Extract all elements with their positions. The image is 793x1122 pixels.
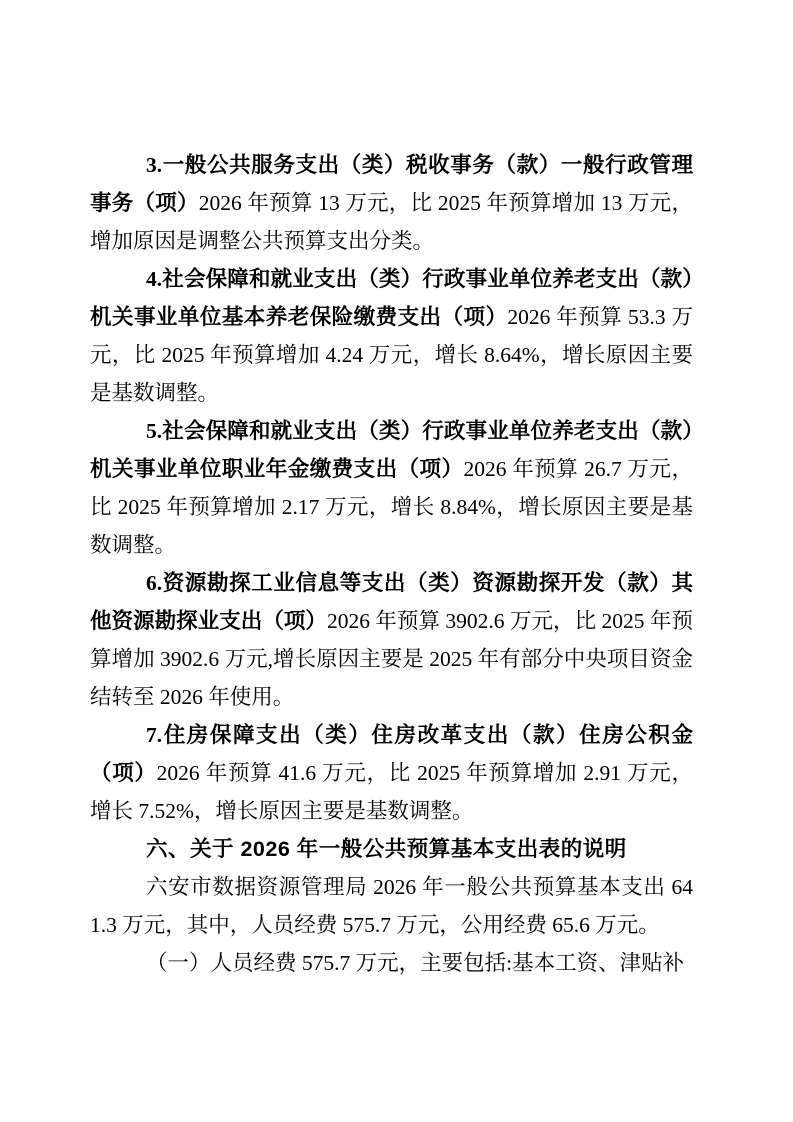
budget-item-6-resource-exploration: 6.资源勘探工业信息等支出（类）资源勘探开发（款）其他资源勘探业支出（项）202… xyxy=(90,564,693,716)
personnel-expense-paragraph: （一）人员经费 575.7 万元，主要包括:基本工资、津贴补 xyxy=(90,944,693,982)
budget-item-3-general-public-services: 3.一般公共服务支出（类）税收事务（款）一般行政管理事务（项）2026 年预算 … xyxy=(90,146,693,260)
budget-item-7-housing-fund: 7.住房保障支出（类）住房改革支出（款）住房公积金（项）2026 年预算 41.… xyxy=(90,716,693,830)
budget-item-5-occupational-annuity: 5.社会保障和就业支出（类）行政事业单位养老支出（款）机关事业单位职业年金缴费支… xyxy=(90,412,693,564)
basic-expenditure-summary-paragraph: 六安市数据资源管理局 2026 年一般公共预算基本支出 641.3 万元，其中，… xyxy=(90,868,693,944)
budget-item-4-pension-basic-insurance: 4.社会保障和就业支出（类）行政事业单位养老支出（款）机关事业单位基本养老保险缴… xyxy=(90,260,693,412)
section-six-heading: 六、关于 2026 年一般公共预算基本支出表的说明 xyxy=(90,830,693,868)
budget-item-7-detail-text: 2026 年预算 41.6 万元，比 2025 年预算增加 2.91 万元，增长… xyxy=(90,761,693,823)
document-page: 3.一般公共服务支出（类）税收事务（款）一般行政管理事务（项）2026 年预算 … xyxy=(0,0,793,1122)
document-body: 3.一般公共服务支出（类）税收事务（款）一般行政管理事务（项）2026 年预算 … xyxy=(90,146,693,982)
